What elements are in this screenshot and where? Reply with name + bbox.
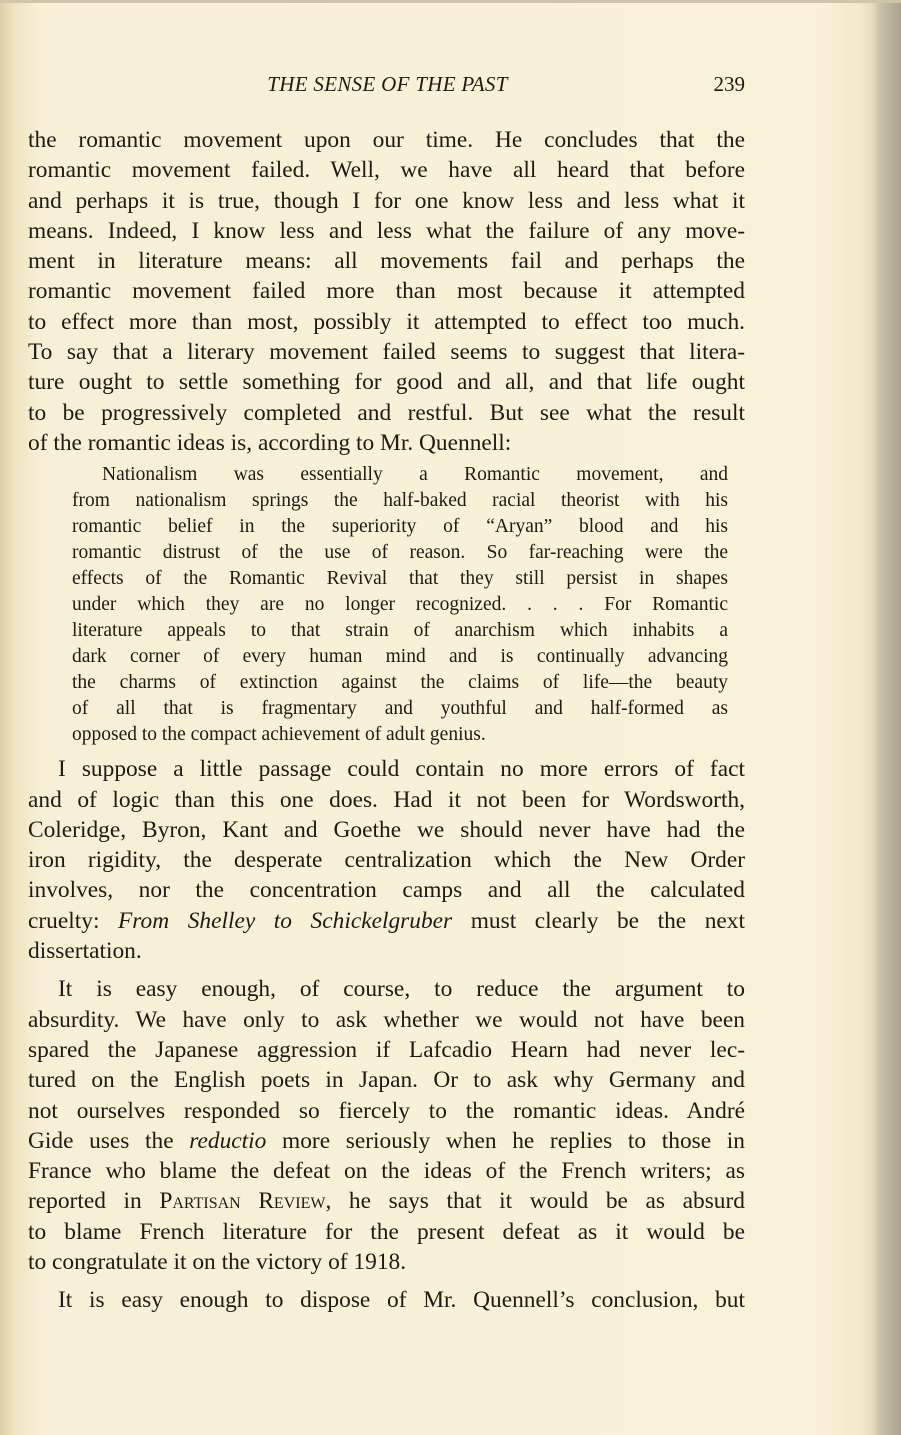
- text-line: Coleridge, Byron, Kant and Goethe we sho…: [28, 815, 745, 845]
- block-quotation: Nationalism was essentially a Romantic m…: [72, 462, 728, 748]
- text-line: not ourselves responded so fiercely to t…: [28, 1096, 745, 1126]
- paragraph-1: the romantic movement upon our time. He …: [28, 125, 745, 458]
- paragraph-gap: [28, 1277, 745, 1285]
- running-title: THE SENSE OF THE PAST: [30, 72, 745, 97]
- quote-line: opposed to the compact achievement of ad…: [72, 722, 728, 748]
- quote-line: the charms of extinction against the cla…: [72, 670, 728, 696]
- running-head: THE SENSE OF THE PAST 239: [30, 72, 745, 102]
- text-line: reported in Partisan Review, he says tha…: [28, 1186, 745, 1216]
- text-run: reported in: [28, 1188, 159, 1214]
- text-line: to blame French literature for the prese…: [28, 1217, 745, 1247]
- body-text: the romantic movement upon our time. He …: [28, 125, 745, 1316]
- text-run: must clearly be the next: [452, 908, 745, 934]
- text-run: , he says that it would be as absurd: [325, 1188, 745, 1214]
- text-run: more seriously when he replies to those …: [266, 1128, 745, 1154]
- book-page: THE SENSE OF THE PAST 239 the romantic m…: [0, 0, 901, 1435]
- text-line: involves, nor the concentration camps an…: [28, 875, 745, 905]
- paragraph-4: It is easy enough to dispose of Mr. Quen…: [28, 1285, 745, 1315]
- paragraph-gap: [28, 966, 745, 974]
- text-line: and perhaps it is true, though I for one…: [28, 186, 745, 216]
- text-line: romantic movement failed more than most …: [28, 276, 745, 306]
- quote-line: from nationalism springs the half-baked …: [72, 488, 728, 514]
- paragraph-2: I suppose a little passage could contain…: [28, 754, 745, 966]
- page-number: 239: [714, 72, 746, 97]
- text-line: I suppose a little passage could contain…: [28, 754, 745, 784]
- text-line: dissertation.: [28, 936, 745, 966]
- italic-term: reductio: [189, 1128, 266, 1154]
- quote-line: romantic distrust of the use of reason. …: [72, 540, 728, 566]
- paragraph-3: It is easy enough, of course, to reduce …: [28, 974, 745, 1277]
- text-line: Gide uses the reductio more seriously wh…: [28, 1126, 745, 1156]
- text-line: to congratulate it on the victory of 191…: [28, 1247, 745, 1277]
- page-top-edge: [0, 0, 901, 3]
- text-line: means. Indeed, I know less and less what…: [28, 216, 745, 246]
- text-line: cruelty: From Shelley to Schickelgruber …: [28, 906, 745, 936]
- quote-line: effects of the Romantic Revival that the…: [72, 566, 728, 592]
- italic-title: From Shelley to Schickelgruber: [118, 908, 452, 934]
- text-line: and of logic than this one does. Had it …: [28, 785, 745, 815]
- text-line: It is easy enough, of course, to reduce …: [28, 974, 745, 1004]
- text-line: It is easy enough to dispose of Mr. Quen…: [28, 1285, 745, 1315]
- text-line: the romantic movement upon our time. He …: [28, 125, 745, 155]
- quote-line: literature appeals to that strain of ana…: [72, 618, 728, 644]
- text-line: absurdity. We have only to ask whether w…: [28, 1005, 745, 1035]
- text-line: iron rigidity, the desperate centralizat…: [28, 845, 745, 875]
- quote-line: dark corner of every human mind and is c…: [72, 644, 728, 670]
- text-line: To say that a literary movement failed s…: [28, 337, 745, 367]
- text-line: spared the Japanese aggression if Lafcad…: [28, 1035, 745, 1065]
- text-run: Gide uses the: [28, 1128, 189, 1154]
- text-line: tured on the English poets in Japan. Or …: [28, 1065, 745, 1095]
- text-line: ture ought to settle something for good …: [28, 367, 745, 397]
- quote-line: under which they are no longer recognize…: [72, 592, 728, 618]
- text-line: romantic movement failed. Well, we have …: [28, 155, 745, 185]
- text-line: ment in literature means: all movements …: [28, 246, 745, 276]
- text-line: of the romantic ideas is, according to M…: [28, 428, 745, 458]
- text-run: cruelty:: [28, 908, 118, 934]
- quote-line: romantic belief in the superiority of “A…: [72, 514, 728, 540]
- quote-line: Nationalism was essentially a Romantic m…: [72, 462, 728, 488]
- journal-name: Partisan Review: [159, 1188, 325, 1214]
- text-line: to be progressively completed and restfu…: [28, 398, 745, 428]
- text-line: France who blame the defeat on the ideas…: [28, 1156, 745, 1186]
- text-line: to effect more than most, possibly it at…: [28, 307, 745, 337]
- quote-line: of all that is fragmentary and youthful …: [72, 696, 728, 722]
